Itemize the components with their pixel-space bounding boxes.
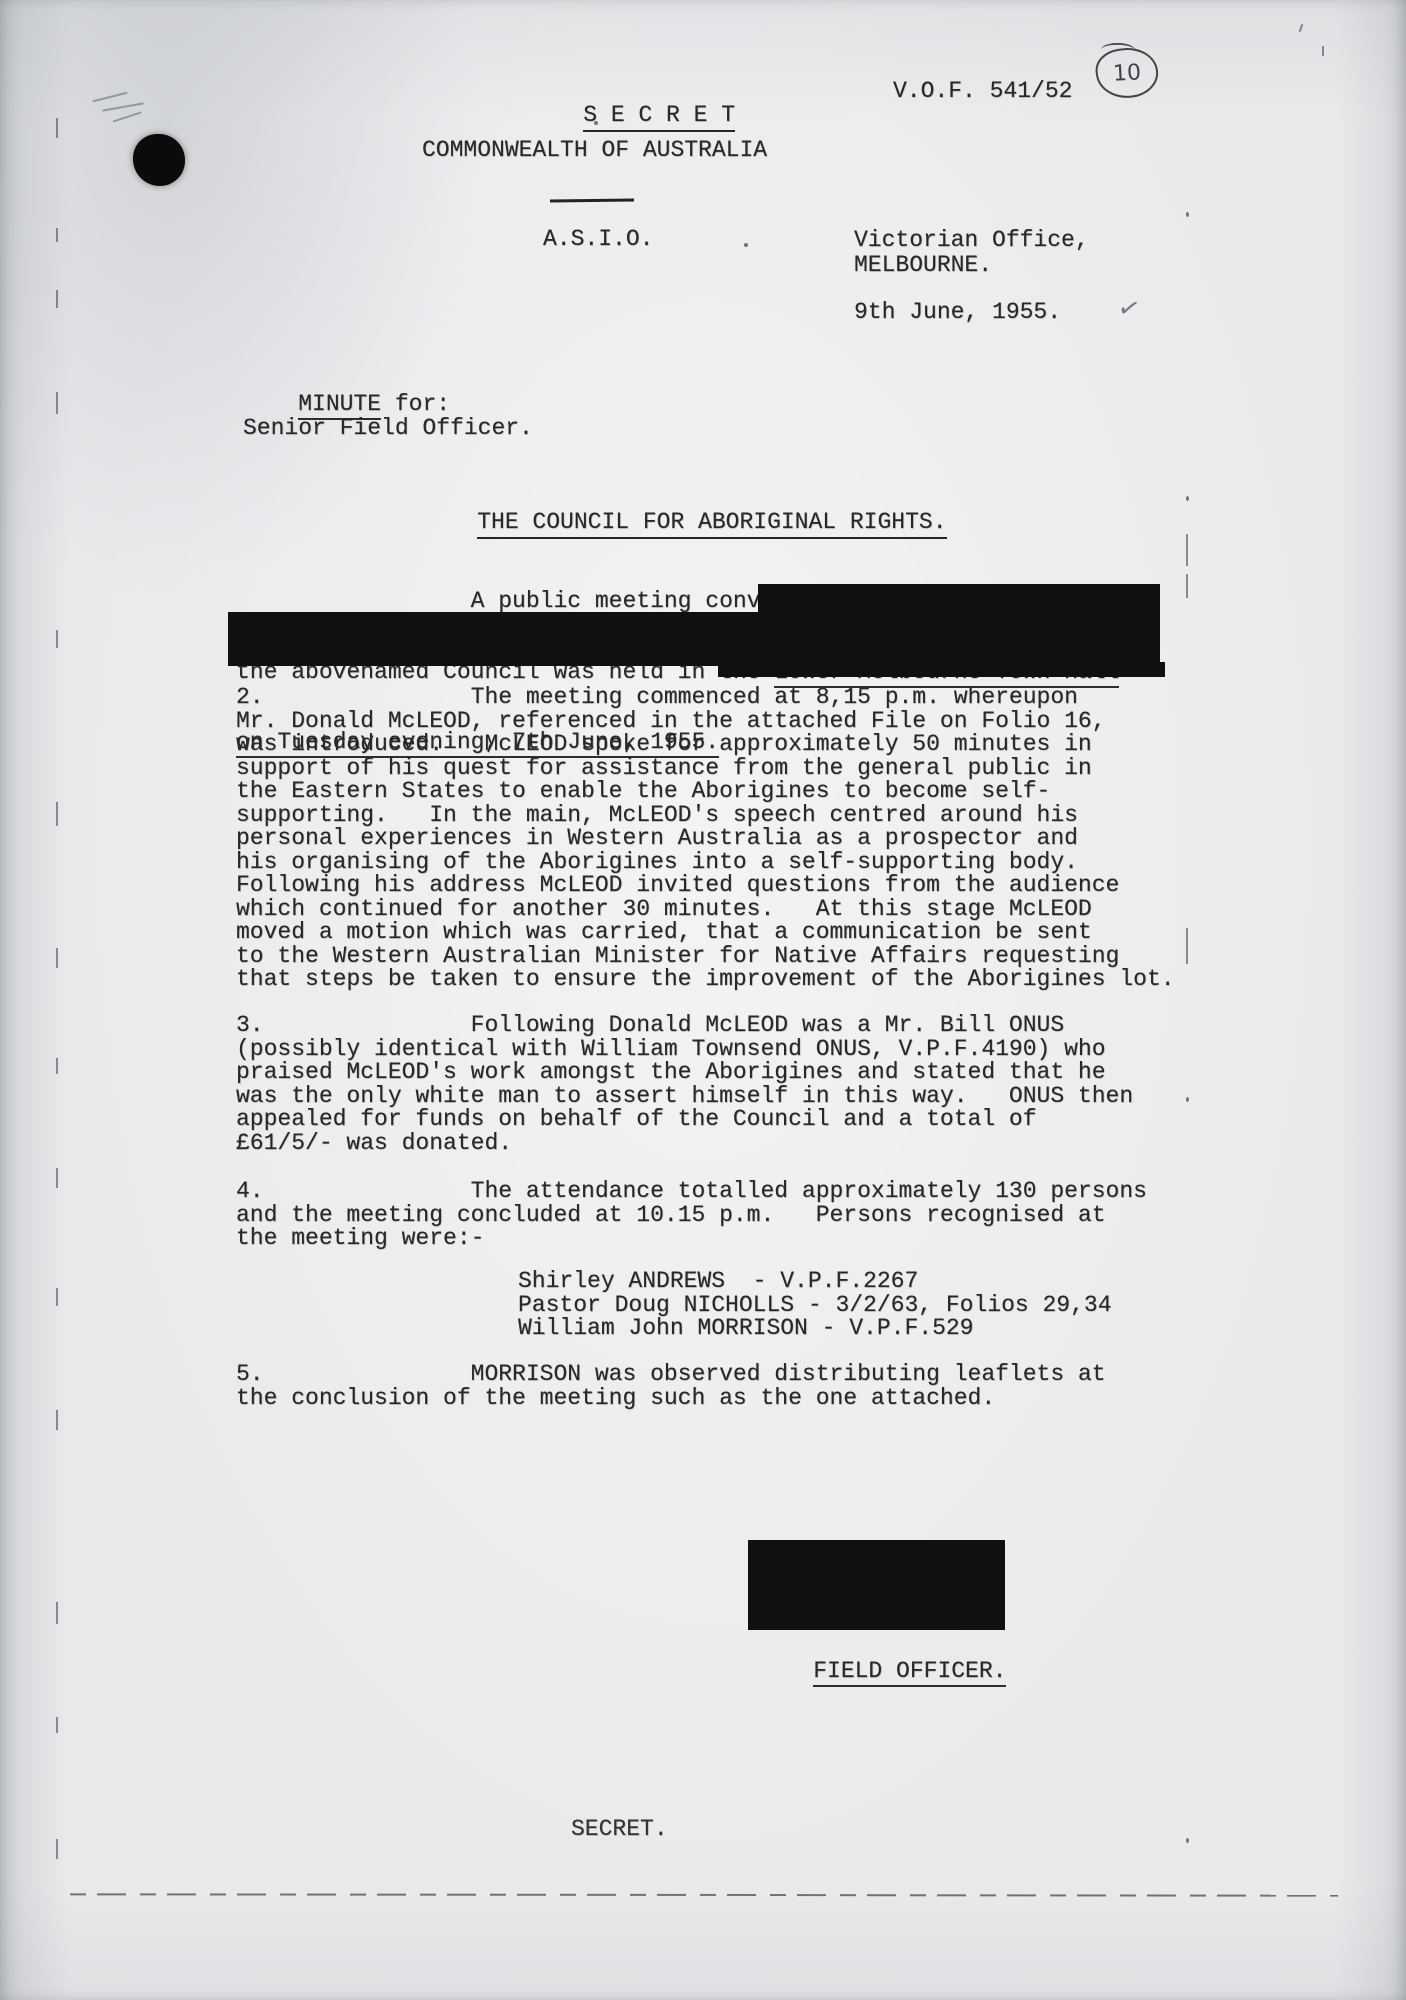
handwritten-circled-number-text: 10 (1112, 60, 1141, 86)
document-date: 9th June, 1955. (854, 301, 1061, 325)
margin-tick (1186, 534, 1188, 566)
pencil-check-mark: ✓ (1115, 292, 1143, 326)
margin-tick (56, 228, 58, 242)
redaction-block-top (758, 584, 1160, 614)
divider-rule (550, 199, 634, 203)
office-address: Victorian Office, MELBOURNE. (854, 228, 1089, 278)
margin-tick (56, 1058, 58, 1074)
margin-tick (56, 1602, 58, 1624)
paragraph-2: 2. The meeting commenced at 8,15 p.m. wh… (236, 686, 1175, 992)
hole-punch-mark (133, 134, 185, 186)
document-page: S E C R E T V.O.F. 541/52 10 COMMONWEALT… (0, 0, 1406, 2000)
redaction-block-lower (718, 662, 1165, 677)
margin-tick (1186, 574, 1188, 598)
margin-tick (56, 290, 58, 308)
margin-tick (56, 1410, 58, 1430)
attendee-list: Shirley ANDREWS - V.P.F.2267 Pastor Doug… (518, 1270, 1112, 1341)
handwritten-circled-number: 10 (1093, 44, 1161, 101)
pencil-smudge (112, 111, 141, 122)
signature-title: FIELD OFFICER. (758, 1636, 1006, 1707)
margin-tick (56, 118, 58, 138)
bottom-dashed-rule (70, 1893, 1338, 1896)
margin-dot (1186, 1097, 1189, 1102)
margin-tick (56, 1839, 58, 1859)
margin-tick (56, 1717, 58, 1733)
classification-header-text: S E C R E T (583, 102, 735, 132)
margin-tick (56, 802, 58, 826)
margin-tick (56, 1288, 58, 1306)
margin-tick (56, 392, 58, 414)
classification-footer: SECRET. (571, 1818, 668, 1842)
pencil-smudge (102, 102, 144, 111)
agency-name: A.S.I.O. (543, 228, 653, 252)
margin-dot (1186, 212, 1189, 217)
paragraph-4: 4. The attendance totalled approximately… (236, 1180, 1147, 1251)
pencil-smudge (92, 92, 127, 103)
file-reference: V.O.F. 541/52 (893, 80, 1072, 104)
redaction-block-main (228, 612, 1160, 666)
paragraph-3: 3. Following Donald McLEOD was a Mr. Bil… (236, 1014, 1133, 1155)
minute-label-suffix: for: (381, 391, 450, 417)
margin-tick (56, 948, 58, 968)
margin-tick (1186, 928, 1188, 964)
margin-dot (1186, 1838, 1189, 1843)
subject-heading-text: THE COUNCIL FOR ABORIGINAL RIGHTS. (477, 509, 946, 539)
margin-tick (1299, 24, 1304, 32)
signature-title-text: FIELD OFFICER. (813, 1658, 1006, 1687)
recipient-line: Senior Field Officer. (243, 417, 533, 441)
margin-tick (1322, 46, 1324, 56)
ink-speck (744, 243, 748, 247)
margin-tick (56, 630, 58, 648)
margin-dot (1186, 496, 1189, 501)
organisation-title: COMMONWEALTH OF AUSTRALIA (422, 139, 767, 163)
signature-redaction-block (748, 1540, 1005, 1630)
paragraph-5: 5. MORRISON was observed distributing le… (236, 1363, 1106, 1410)
margin-tick (56, 1168, 58, 1188)
